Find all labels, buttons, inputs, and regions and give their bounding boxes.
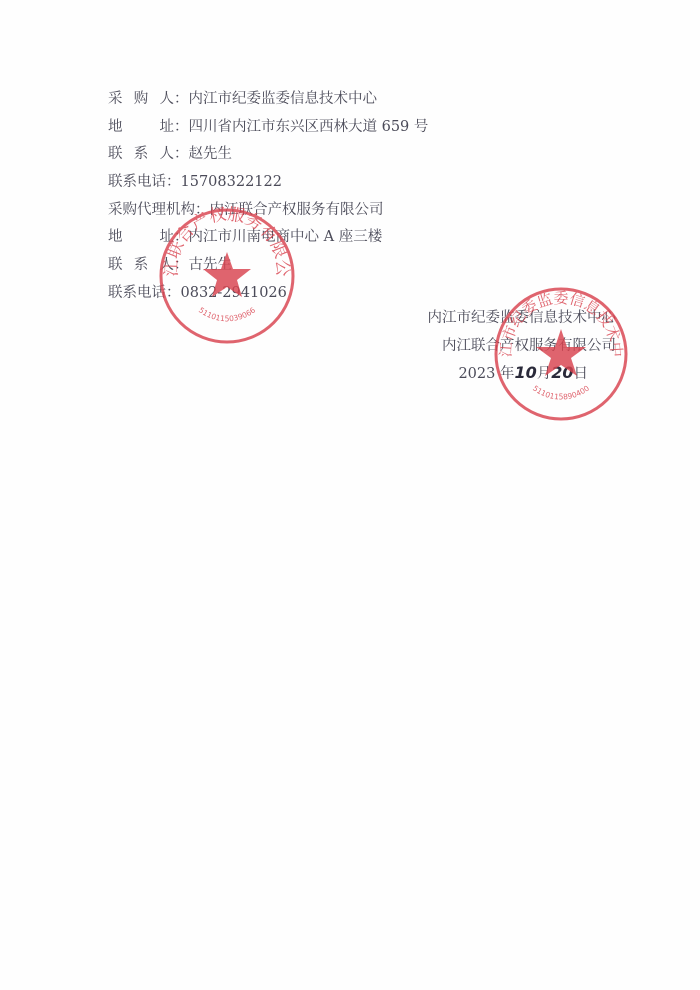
field-label: 采购代理机构: [108, 197, 195, 225]
colon: ：: [195, 197, 210, 225]
colon: ：: [174, 141, 189, 169]
label-char: 系: [134, 141, 149, 169]
agency-row: 采购代理机构 ： 内江联合产权服务有限公司: [108, 197, 428, 225]
label-char: 址: [160, 224, 175, 252]
svg-text:5110115039066: 5110115039066: [197, 305, 257, 323]
agency-value: 内江联合产权服务有限公司: [210, 197, 384, 225]
field-label: 地 址: [108, 114, 174, 142]
label-char: 人: [160, 252, 175, 280]
purchaser-row: 采 购 人 ： 内江市纪委监委信息技术中心: [108, 86, 428, 114]
date-year: 2023: [458, 366, 495, 382]
signature-org1: 内江市纪委监委信息技术中心: [428, 305, 617, 333]
agency-contact-row: 联 系 人 ： 古先生: [108, 252, 428, 280]
colon: ：: [174, 86, 189, 114]
date-month-suffix: 月: [537, 366, 552, 382]
purchaser-address-row: 地 址 ： 四川省内江市东兴区西林大道 659 号: [108, 114, 428, 142]
purchaser-phone-row: 联系电话 ： 15708322122: [108, 169, 428, 197]
agency-contact-value: 古先生: [189, 252, 233, 280]
label-char: 联: [108, 141, 123, 169]
colon: ：: [166, 169, 181, 197]
label-char: 系: [134, 252, 149, 280]
label-char: 址: [160, 114, 175, 142]
document-page: 采 购 人 ： 内江市纪委监委信息技术中心 地 址 ： 四川省内江市东兴区西林大…: [0, 0, 700, 990]
purchaser-contact-row: 联 系 人 ： 赵先生: [108, 141, 428, 169]
date-day-suffix: 日: [574, 366, 589, 382]
field-label: 地 址: [108, 224, 174, 252]
date-day-handwritten: 20: [551, 363, 573, 382]
agency-address-value: 内江市川南电商中心 A 座三楼: [189, 224, 383, 252]
contact-info-block: 采 购 人 ： 内江市纪委监委信息技术中心 地 址 ： 四川省内江市东兴区西林大…: [108, 86, 428, 308]
field-label: 采 购 人: [108, 86, 174, 114]
field-label: 联系电话: [108, 169, 166, 197]
field-label: 联系电话: [108, 280, 166, 308]
colon: ：: [174, 114, 189, 142]
purchaser-contact-value: 赵先生: [189, 141, 233, 169]
purchaser-address-value: 四川省内江市东兴区西林大道 659 号: [189, 114, 429, 142]
agency-phone-value: 0832-2941026: [181, 280, 287, 308]
colon: ：: [174, 252, 189, 280]
colon: ：: [174, 224, 189, 252]
colon: ：: [166, 280, 181, 308]
label-char: 人: [160, 86, 175, 114]
signature-date: 2023 年10月20日: [428, 360, 589, 388]
agency-phone-row: 联系电话 ： 0832-2941026: [108, 280, 428, 308]
label-char: 联: [108, 252, 123, 280]
label-char: 采: [108, 86, 123, 114]
label-char: 地: [108, 114, 123, 142]
signature-block: 内江市纪委监委信息技术中心 内江联合产权服务有限公司 2023 年10月20日: [428, 305, 619, 388]
purchaser-phone-value: 15708322122: [181, 169, 282, 197]
label-char: 地: [108, 224, 123, 252]
date-month-handwritten: 10: [514, 363, 536, 382]
label-char: 人: [160, 141, 175, 169]
field-label: 联 系 人: [108, 252, 174, 280]
field-label: 联 系 人: [108, 141, 174, 169]
signature-org2: 内江联合产权服务有限公司: [428, 333, 617, 361]
label-char: 购: [134, 86, 149, 114]
date-year-suffix: 年: [495, 366, 514, 382]
agency-address-row: 地 址 ： 内江市川南电商中心 A 座三楼: [108, 224, 428, 252]
purchaser-value: 内江市纪委监委信息技术中心: [189, 86, 378, 114]
